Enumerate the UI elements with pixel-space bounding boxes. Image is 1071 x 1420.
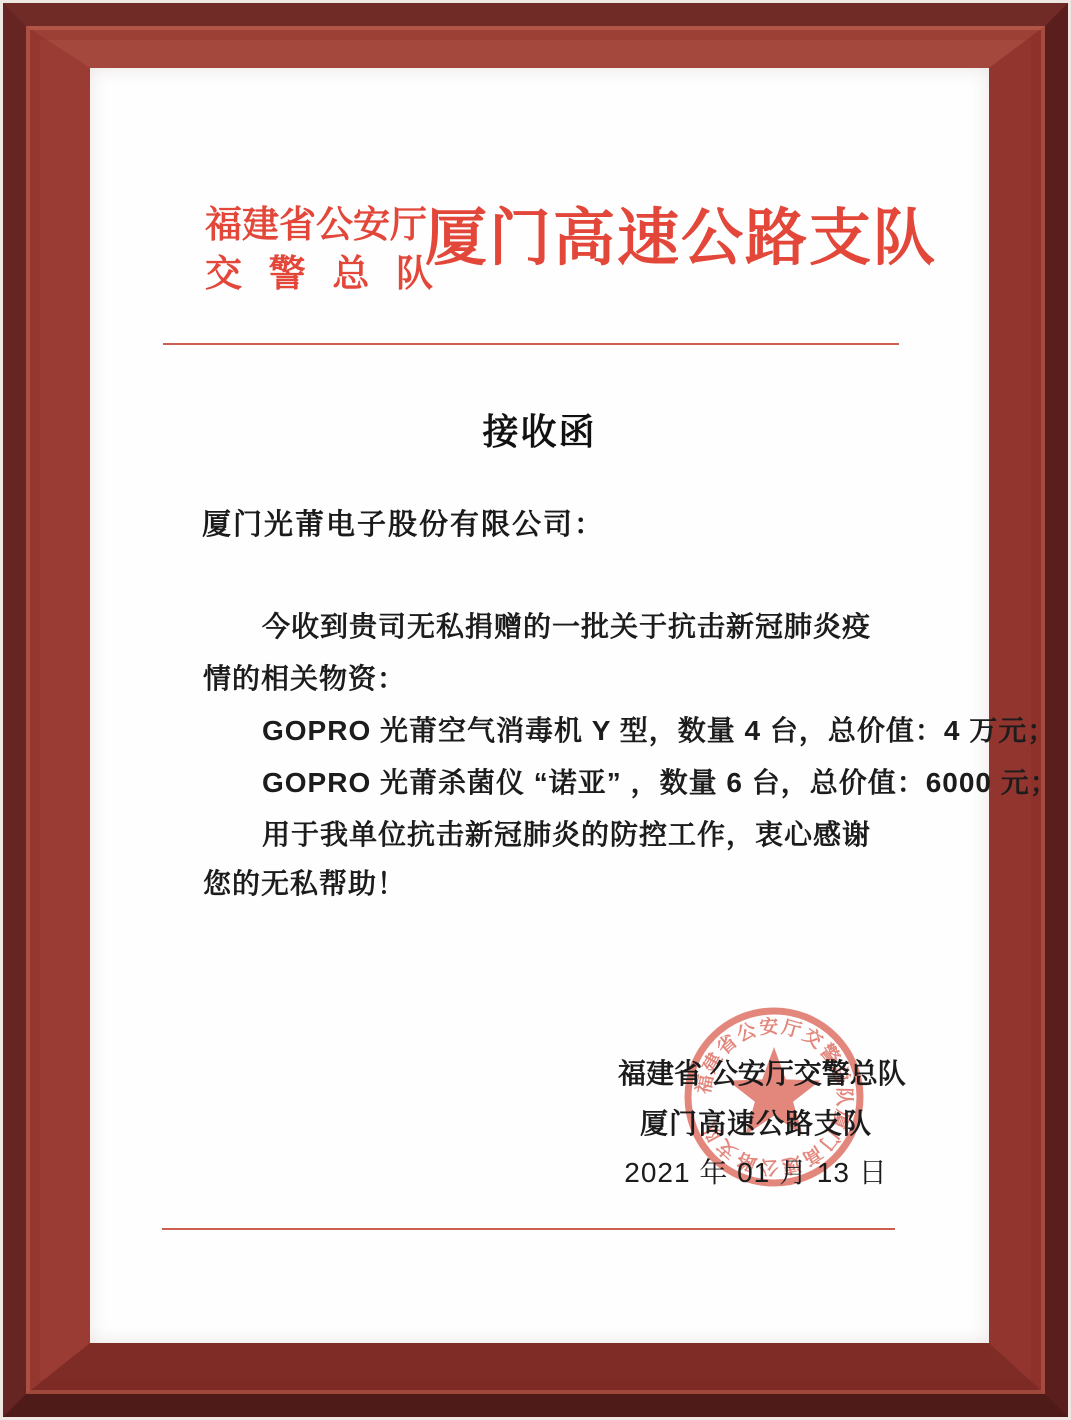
body-item1: GOPRO 光莆空气消毒机 Y 型，数量 4 台，总价值：4 万元； (262, 709, 1056, 749)
letter-paper: 福建省公安厅 交警总队 厦门高速公路支队 接收函 厦门光莆电子股份有限公司： 今… (90, 68, 989, 1343)
body-paragraph2-line2: 您的无私帮助！ (203, 862, 406, 902)
signature-date: 2021 年 01 月 13 日 (618, 1151, 894, 1191)
picture-frame-inner: 福建省公安厅 交警总队 厦门高速公路支队 接收函 厦门光莆电子股份有限公司： 今… (26, 26, 1045, 1394)
body-paragraph1-line2: 情的相关物资： (203, 657, 406, 697)
letterhead-org-line2: 交警总队 (205, 249, 433, 298)
signature-org-line1: 福建省 公安厅交警总队 (618, 1052, 894, 1092)
letterhead-org: 福建省公安厅 交警总队 (205, 200, 433, 298)
letterhead-org-line1: 福建省公安厅 (205, 204, 427, 245)
letterhead-branch: 厦门高速公路支队 (425, 204, 985, 274)
document-title: 接收函 (90, 404, 989, 455)
framed-letter-photo: 福建省公安厅 交警总队 厦门高速公路支队 接收函 厦门光莆电子股份有限公司： 今… (0, 0, 1071, 1420)
body-paragraph2-line1: 用于我单位抗击新冠肺炎的防控工作，衷心感谢 (262, 813, 871, 853)
body-paragraph1-line1: 今收到贵司无私捐赠的一批关于抗击新冠肺炎疫 (262, 605, 871, 645)
footer-divider-line (162, 1228, 895, 1230)
body-item2: GOPRO 光莆杀菌仪 “诺亚” ，数量 6 台，总价值：6000 元； (262, 761, 1059, 801)
addressee-line: 厦门光莆电子股份有限公司： (202, 502, 605, 543)
header-divider-line (163, 343, 899, 345)
signature-org-line2: 厦门高速公路支队 (618, 1102, 894, 1142)
